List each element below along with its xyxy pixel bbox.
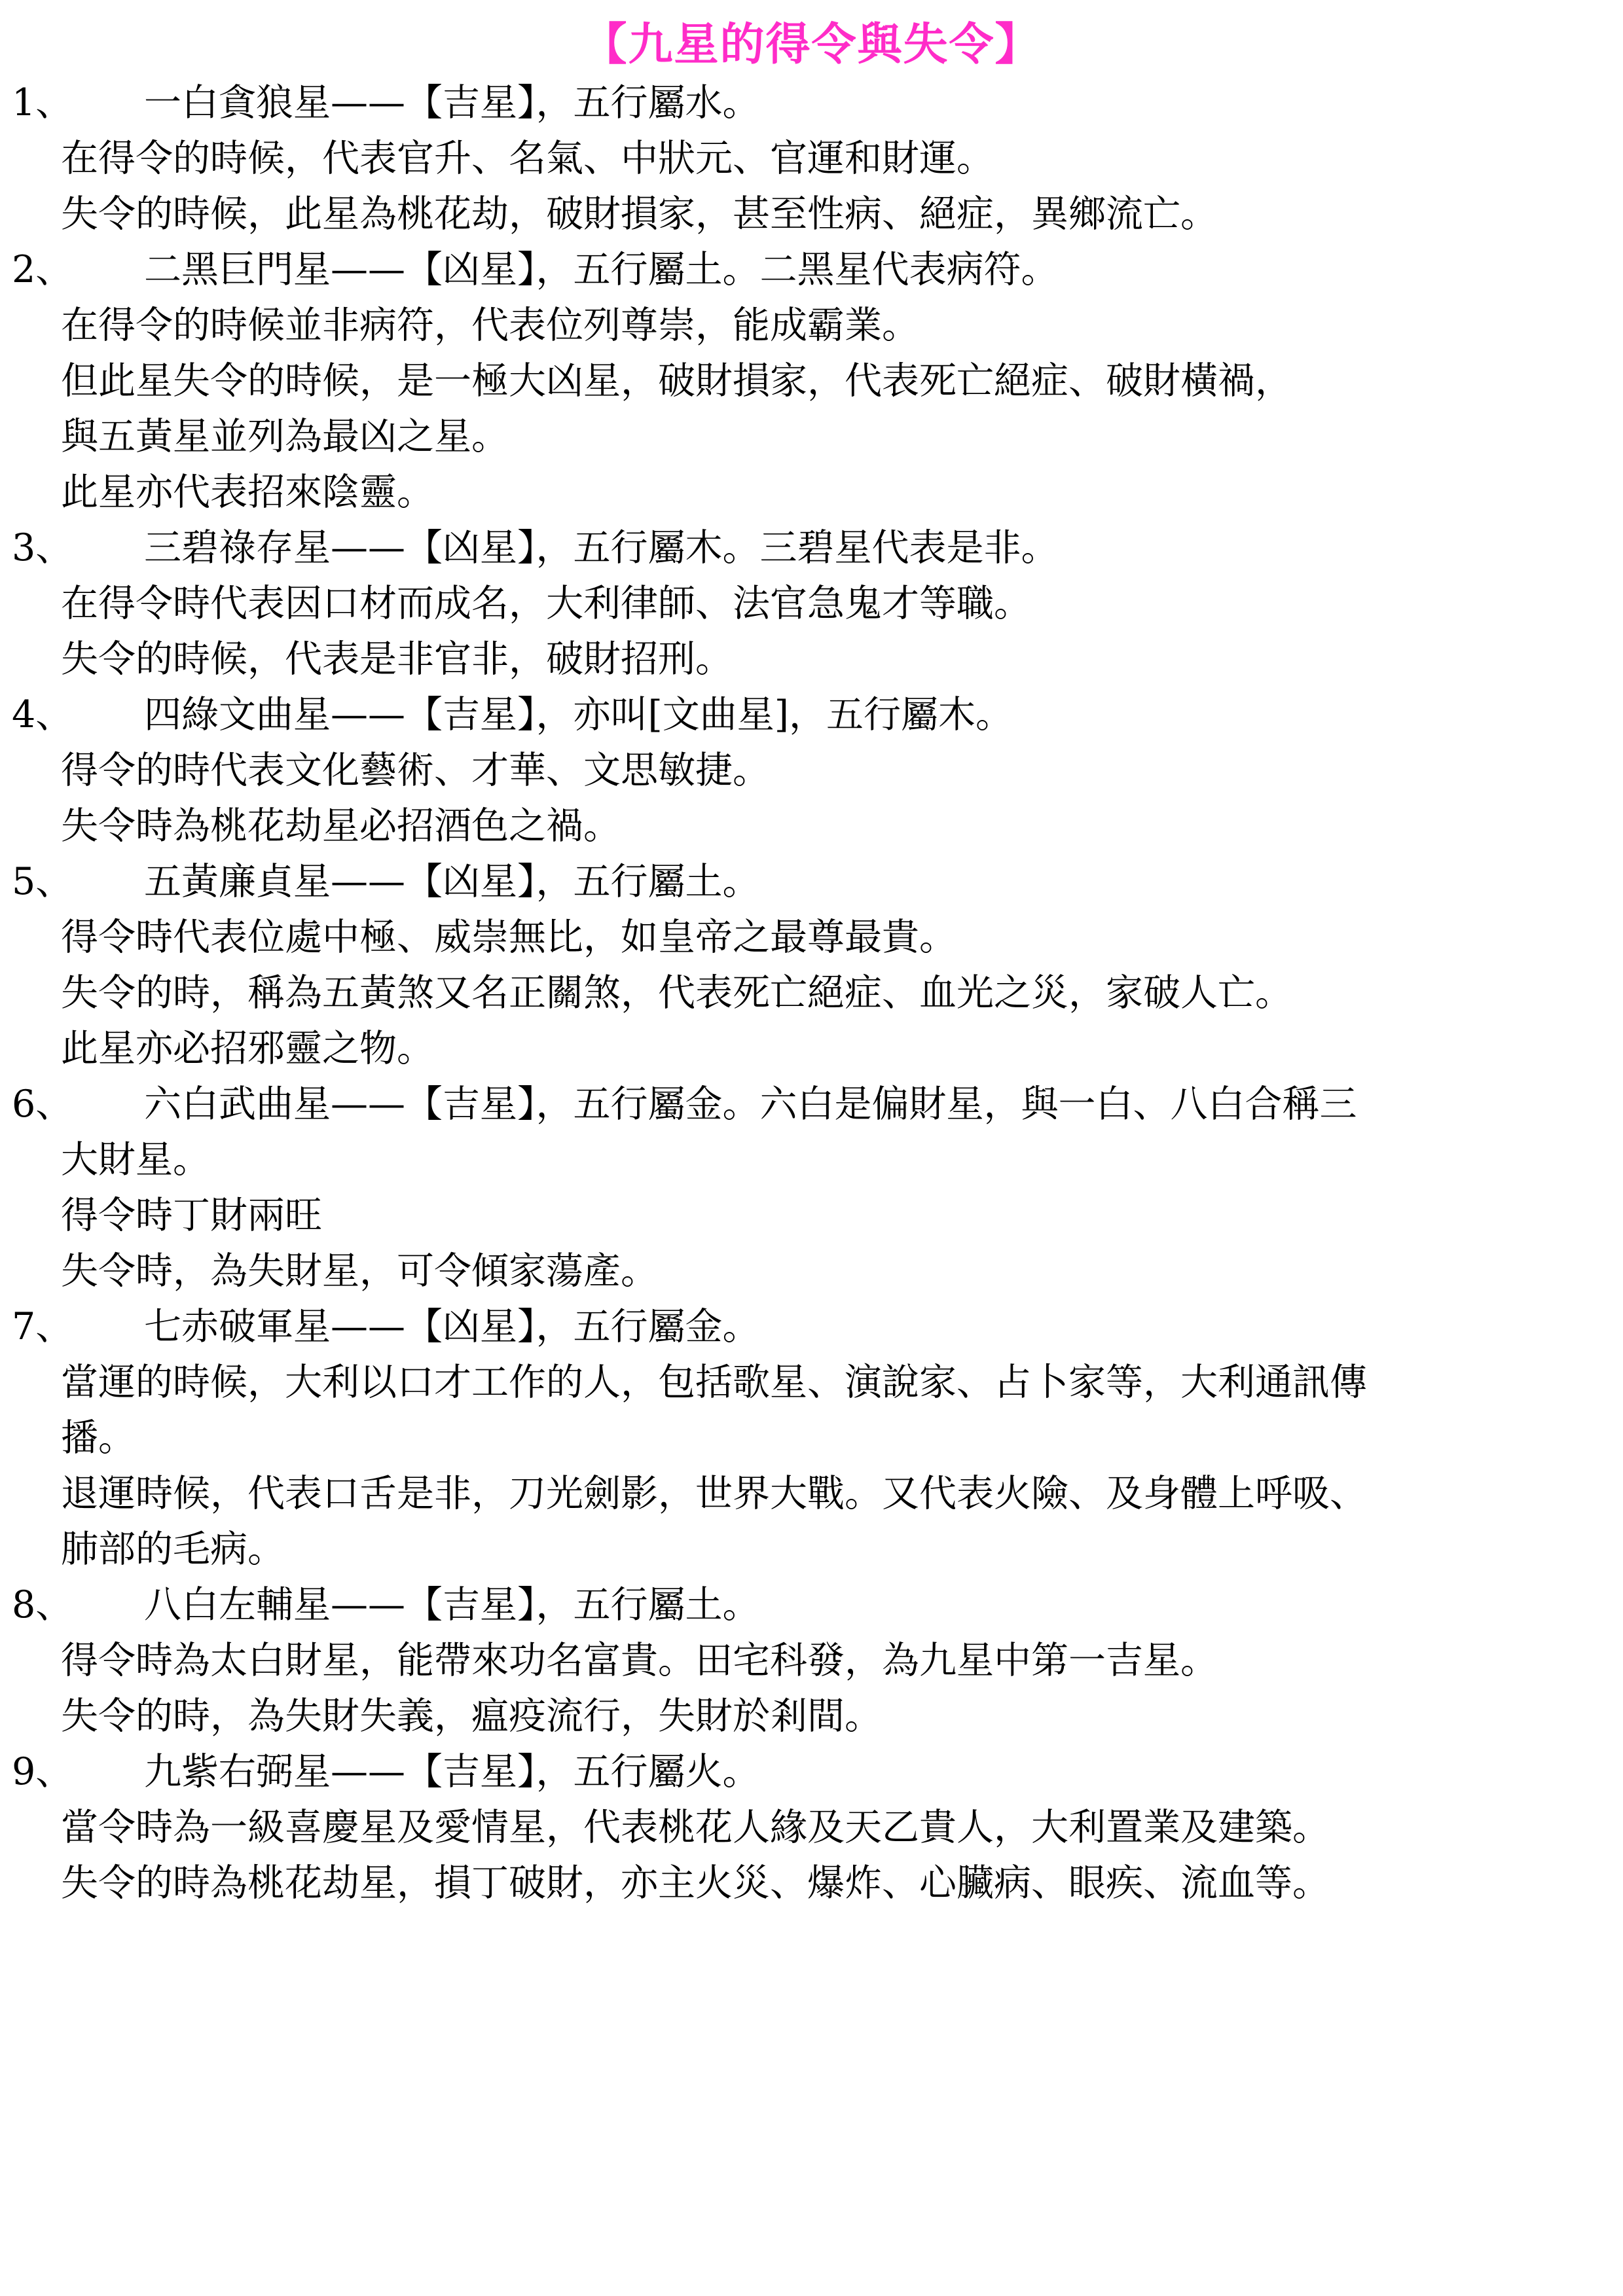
star-item-header: 9、九紫右弼星——【吉星】，五行屬火。 bbox=[0, 1744, 1623, 1800]
star-item-line: 失令的時，為失財失義，瘟疫流行，失財於剎間。 bbox=[0, 1689, 1623, 1744]
star-item: 4、四綠文曲星——【吉星】，亦叫[文曲星]，五行屬木。 得令的時代表文化藝術、才… bbox=[0, 687, 1623, 854]
star-item: 5、五黃廉貞星——【凶星】，五行屬土。 得令時代表位處中極、威崇無比，如皇帝之最… bbox=[0, 854, 1623, 1077]
star-item-header: 7、七赤破軍星——【凶星】，五行屬金。 bbox=[0, 1299, 1623, 1355]
star-item-title: 七赤破軍星——【凶星】，五行屬金。 bbox=[144, 1305, 760, 1348]
star-item-line: 得令時丁財兩旺 bbox=[0, 1188, 1623, 1244]
star-item-line: 在得令時代表因口材而成名，大利律師、法官急鬼才等職。 bbox=[0, 576, 1623, 632]
star-item-number: 4、 bbox=[12, 687, 144, 743]
star-item-line: 失令的時，稱為五黃煞又名正關煞，代表死亡絕症、血光之災，家破人亡。 bbox=[0, 965, 1623, 1021]
star-item-line: 失令的時為桃花劫星，損丁破財，亦主火災、爆炸、心臟病、眼疾、流血等。 bbox=[0, 1856, 1623, 1911]
star-item-number: 2、 bbox=[12, 242, 144, 298]
star-item-title: 六白武曲星——【吉星】，五行屬金。六白是偏財星，與一白、八白合稱三 bbox=[144, 1083, 1357, 1126]
star-list: 1、一白貪狼星——【吉星】，五行屬水。 在得令的時候，代表官升、名氣、中狀元、官… bbox=[0, 75, 1623, 1911]
star-item-line: 與五黃星並列為最凶之星。 bbox=[0, 409, 1623, 465]
star-item: 6、六白武曲星——【吉星】，五行屬金。六白是偏財星，與一白、八白合稱三 大財星。… bbox=[0, 1077, 1623, 1299]
star-item-line: 失令的時候，代表是非官非，破財招刑。 bbox=[0, 632, 1623, 687]
star-item-number: 8、 bbox=[12, 1577, 144, 1633]
star-item-title: 四綠文曲星——【吉星】，亦叫[文曲星]，五行屬木。 bbox=[144, 693, 1013, 736]
page-title: 【九星的得令與失令】 bbox=[0, 14, 1623, 75]
star-item-line: 得令時為太白財星，能帶來功名富貴。田宅科發，為九星中第一吉星。 bbox=[0, 1633, 1623, 1689]
star-item-line: 當運的時候，大利以口才工作的人，包括歌星、演說家、占卜家等，大利通訊傳 bbox=[0, 1355, 1623, 1410]
star-item: 1、一白貪狼星——【吉星】，五行屬水。 在得令的時候，代表官升、名氣、中狀元、官… bbox=[0, 75, 1623, 242]
star-item: 8、八白左輔星——【吉星】，五行屬土。 得令時為太白財星，能帶來功名富貴。田宅科… bbox=[0, 1577, 1623, 1744]
star-item-header: 6、六白武曲星——【吉星】，五行屬金。六白是偏財星，與一白、八白合稱三 bbox=[0, 1077, 1623, 1132]
star-item-line: 在得令的時候，代表官升、名氣、中狀元、官運和財運。 bbox=[0, 131, 1623, 187]
star-item-line: 退運時候，代表口舌是非，刀光劍影，世界大戰。又代表火險、及身體上呼吸、 bbox=[0, 1466, 1623, 1522]
star-item-line: 失令時，為失財星，可令傾家蕩產。 bbox=[0, 1244, 1623, 1299]
star-item-line: 播。 bbox=[0, 1410, 1623, 1466]
star-item-number: 3、 bbox=[12, 520, 144, 576]
star-item-line: 當令時為一級喜慶星及愛情星，代表桃花人緣及天乙貴人，大利置業及建築。 bbox=[0, 1800, 1623, 1856]
star-item-header: 4、四綠文曲星——【吉星】，亦叫[文曲星]，五行屬木。 bbox=[0, 687, 1623, 743]
star-item: 9、九紫右弼星——【吉星】，五行屬火。 當令時為一級喜慶星及愛情星，代表桃花人緣… bbox=[0, 1744, 1623, 1911]
star-item-number: 6、 bbox=[12, 1077, 144, 1132]
star-item: 7、七赤破軍星——【凶星】，五行屬金。 當運的時候，大利以口才工作的人，包括歌星… bbox=[0, 1299, 1623, 1577]
star-item-line: 此星亦必招邪靈之物。 bbox=[0, 1021, 1623, 1077]
star-item-line: 大財星。 bbox=[0, 1132, 1623, 1188]
star-item-header: 5、五黃廉貞星——【凶星】，五行屬土。 bbox=[0, 854, 1623, 910]
star-item-title: 三碧祿存星——【凶星】，五行屬木。三碧星代表是非。 bbox=[144, 526, 1059, 569]
star-item-title: 二黑巨門星——【凶星】，五行屬土。二黑星代表病符。 bbox=[144, 248, 1059, 291]
star-item-number: 7、 bbox=[12, 1299, 144, 1355]
document-page: 【九星的得令與失令】 1、一白貪狼星——【吉星】，五行屬水。 在得令的時候，代表… bbox=[0, 0, 1623, 2296]
star-item: 3、三碧祿存星——【凶星】，五行屬木。三碧星代表是非。 在得令時代表因口材而成名… bbox=[0, 520, 1623, 687]
star-item-number: 9、 bbox=[12, 1744, 144, 1800]
star-item-number: 1、 bbox=[12, 75, 144, 131]
star-item-number: 5、 bbox=[12, 854, 144, 910]
star-item-header: 8、八白左輔星——【吉星】，五行屬土。 bbox=[0, 1577, 1623, 1633]
star-item-line: 得令的時代表文化藝術、才華、文思敏捷。 bbox=[0, 743, 1623, 798]
star-item-title: 五黃廉貞星——【凶星】，五行屬土。 bbox=[144, 860, 760, 903]
star-item-title: 一白貪狼星——【吉星】，五行屬水。 bbox=[144, 81, 760, 124]
star-item-line: 肺部的毛病。 bbox=[0, 1522, 1623, 1577]
star-item: 2、二黑巨門星——【凶星】，五行屬土。二黑星代表病符。 在得令的時候並非病符，代… bbox=[0, 242, 1623, 520]
star-item-line: 失令時為桃花劫星必招酒色之禍。 bbox=[0, 798, 1623, 854]
star-item-title: 八白左輔星——【吉星】，五行屬土。 bbox=[144, 1583, 760, 1626]
star-item-line: 失令的時候，此星為桃花劫，破財損家，甚至性病、絕症，異鄉流亡。 bbox=[0, 187, 1623, 242]
star-item-line: 在得令的時候並非病符，代表位列尊崇，能成霸業。 bbox=[0, 298, 1623, 353]
star-item-header: 1、一白貪狼星——【吉星】，五行屬水。 bbox=[0, 75, 1623, 131]
star-item-title: 九紫右弼星——【吉星】，五行屬火。 bbox=[144, 1750, 760, 1793]
star-item-line: 此星亦代表招來陰靈。 bbox=[0, 465, 1623, 520]
star-item-header: 3、三碧祿存星——【凶星】，五行屬木。三碧星代表是非。 bbox=[0, 520, 1623, 576]
star-item-line: 但此星失令的時候，是一極大凶星，破財損家，代表死亡絕症、破財橫禍， bbox=[0, 353, 1623, 409]
star-item-line: 得令時代表位處中極、威崇無比，如皇帝之最尊最貴。 bbox=[0, 910, 1623, 965]
star-item-header: 2、二黑巨門星——【凶星】，五行屬土。二黑星代表病符。 bbox=[0, 242, 1623, 298]
